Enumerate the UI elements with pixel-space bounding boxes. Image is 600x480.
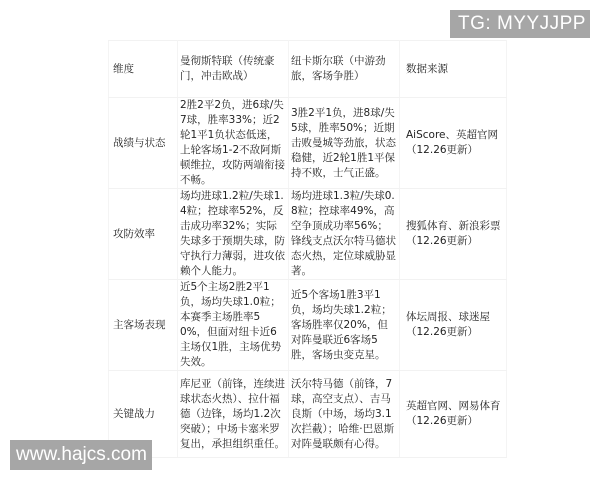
table-row: 攻防效率 场均进球1.2粒/失球1.4粒；控球率52%，反击成功率32%；实际失… (109, 189, 507, 280)
cell-newcastle: 3胜2平1负，进8球/失5球，胜率50%；近期击败曼城等劲旅，状态稳健，近2轮1… (289, 98, 400, 189)
cell-newcastle: 近5个客场1胜3平1负，场均失球1.2粒；客场胜率仅20%，但对阵曼联近6客场5… (289, 280, 400, 371)
cell-dimension: 战绩与状态 (109, 98, 178, 189)
header-source: 数据来源 (400, 41, 507, 98)
cell-source: 体坛周报、球迷屋（12.26更新） (400, 280, 507, 371)
cell-man-utd: 近5个主场2胜2平1负，场均失球1.0粒；本赛季主场胜率50%，但面对纽卡近6主… (178, 280, 289, 371)
cell-dimension: 主客场表现 (109, 280, 178, 371)
cell-source: AiScore、英超官网（12.26更新） (400, 98, 507, 189)
table-row: 主客场表现 近5个主场2胜2平1负，场均失球1.0粒；本赛季主场胜率50%，但面… (109, 280, 507, 371)
table-row: 关键战力 库尼亚（前锋，连续进球状态火热）、拉什福德（边锋，场均1.2次突破）；… (109, 371, 507, 458)
watermark-website: www.hajcs.com (10, 440, 152, 470)
cell-dimension: 攻防效率 (109, 189, 178, 280)
cell-newcastle: 场均进球1.3粒/失球0.8粒；控球率49%，高空争顶成功率56%；锋线支点沃尔… (289, 189, 400, 280)
cell-source: 搜狐体育、新浪彩票（12.26更新） (400, 189, 507, 280)
cell-man-utd: 场均进球1.2粒/失球1.4粒；控球率52%，反击成功率32%；实际失球多于预期… (178, 189, 289, 280)
comparison-table: 维度 曼彻斯特联（传统豪门，冲击欧战） 纽卡斯尔联（中游劲旅，客场争胜） 数据来… (108, 40, 494, 458)
cell-source: 英超官网、网易体育（12.26更新） (400, 371, 507, 458)
table-header-row: 维度 曼彻斯特联（传统豪门，冲击欧战） 纽卡斯尔联（中游劲旅，客场争胜） 数据来… (109, 41, 507, 98)
cell-man-utd: 2胜2平2负，进6球/失7球，胜率33%；近2轮1平1负状态低迷，上轮客场1-2… (178, 98, 289, 189)
cell-man-utd: 库尼亚（前锋，连续进球状态火热）、拉什福德（边锋，场均1.2次突破）；中场卡塞米… (178, 371, 289, 458)
page: 维度 曼彻斯特联（传统豪门，冲击欧战） 纽卡斯尔联（中游劲旅，客场争胜） 数据来… (0, 0, 600, 480)
cell-newcastle: 沃尔特马德（前锋，7球，高空支点）、吉马良斯（中场，场均3.1次拦截）；哈维·巴… (289, 371, 400, 458)
header-dimension: 维度 (109, 41, 178, 98)
header-newcastle: 纽卡斯尔联（中游劲旅，客场争胜） (289, 41, 400, 98)
table-row: 战绩与状态 2胜2平2负，进6球/失7球，胜率33%；近2轮1平1负状态低迷，上… (109, 98, 507, 189)
header-man-utd: 曼彻斯特联（传统豪门，冲击欧战） (178, 41, 289, 98)
watermark-telegram: TG: MYYJJPP (450, 10, 590, 38)
